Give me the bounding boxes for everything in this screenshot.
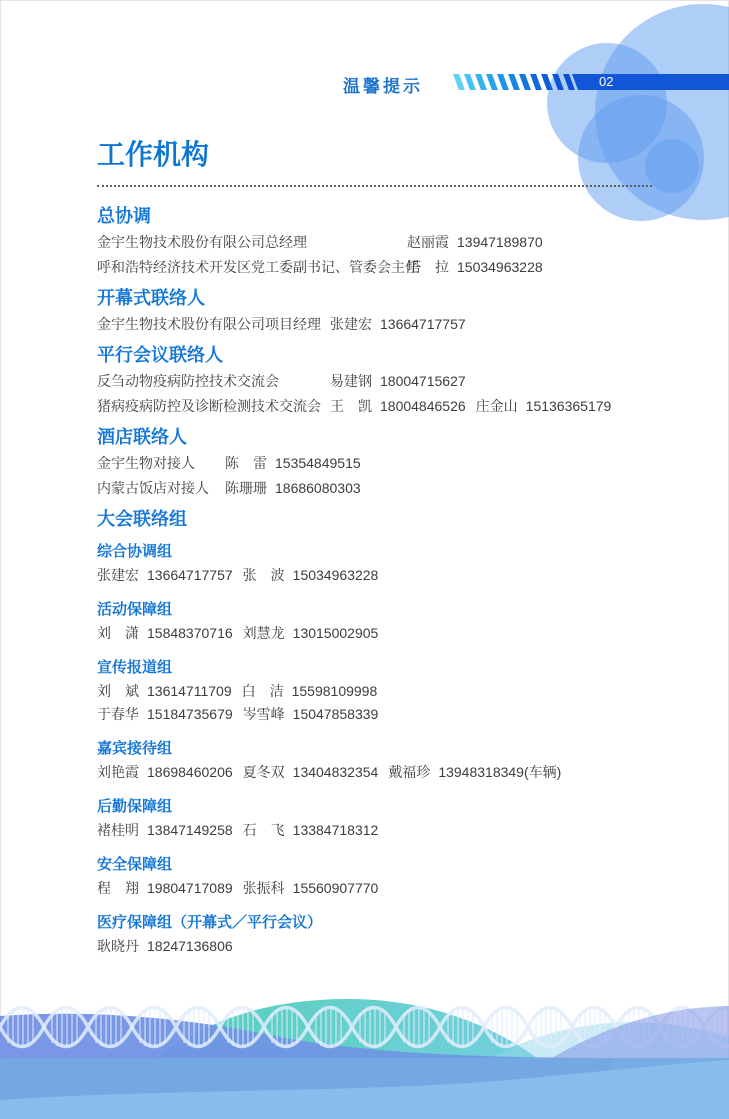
contact-phone: 13948318349(车辆) (438, 764, 561, 780)
contact-row: 刘 斌13614711709白 洁15598109998 (97, 683, 719, 699)
contact-phone: 18247136806 (147, 938, 233, 954)
wave-layers (0, 999, 729, 1119)
contact-row: 内蒙古饭店对接人陈珊珊18686080303 (97, 480, 719, 496)
contact-phone: 15560907770 (293, 880, 379, 896)
slash-stripes-decoration (456, 74, 572, 90)
contact-phone: 13384718312 (293, 822, 379, 838)
contact-phone: 18698460206 (147, 764, 233, 780)
contact-name: 岑雪峰 (243, 706, 285, 722)
section-heading: 大会联络组 (97, 510, 719, 528)
contact-name: 王 凯 (330, 398, 372, 414)
contact-row: 猪病疫病防控及诊断检测技术交流会王 凯18004846526庄金山1513636… (97, 398, 719, 414)
contact-name: 于春华 (97, 706, 139, 722)
contact-phone: 13847149258 (147, 822, 233, 838)
contact-name: 庄金山 (476, 398, 518, 414)
contact-name: 刘 斌 (97, 683, 139, 699)
contact-name: 塔 拉 (407, 259, 449, 275)
contact-row: 程 翔19804717089张振科15560907770 (97, 880, 719, 896)
contact-phone: 13664717757 (147, 567, 233, 583)
contact-name: 张建宏 (97, 567, 139, 583)
contact-name: 张 波 (243, 567, 285, 583)
dotted-divider (97, 185, 652, 187)
section-heading: 开幕式联络人 (97, 289, 719, 307)
contact-name: 陈 雷 (225, 455, 267, 471)
contact-phone: 15136365179 (526, 398, 612, 414)
contact-role: 反刍动物疫病防控技术交流会 (97, 373, 330, 389)
contact-phone: 15047858339 (293, 706, 379, 722)
contact-row: 反刍动物疫病防控技术交流会易建钢18004715627 (97, 373, 719, 389)
contact-phone: 15354849515 (275, 455, 361, 471)
document-page: 温馨提示 02 工作机构 总协调 金宇生物技术股份有限公司总经理赵丽霞13947… (0, 0, 729, 1119)
section-heading: 平行会议联络人 (97, 346, 719, 364)
contact-phone: 18004715627 (380, 373, 466, 389)
subgroup-heading: 安全保障组 (97, 857, 719, 873)
contact-name: 张建宏 (330, 316, 372, 332)
subgroup-heading: 医疗保障组（开幕式／平行会议） (97, 915, 719, 931)
contact-row: 张建宏13664717757张 波15034963228 (97, 567, 719, 583)
contact-phone: 13614711709 (147, 683, 232, 699)
contact-role: 金宇生物对接人 (97, 455, 225, 471)
contact-phone: 15034963228 (293, 567, 379, 583)
section-heading: 酒店联络人 (97, 428, 719, 446)
contact-name: 刘慧龙 (243, 625, 285, 641)
contact-role: 内蒙古饭店对接人 (97, 480, 225, 496)
subgroup-heading: 活动保障组 (97, 602, 719, 618)
footer-wave-decoration (0, 979, 729, 1119)
contact-name: 刘 潇 (97, 625, 139, 641)
header-label: 温馨提示 (343, 72, 423, 97)
content: 总协调 金宇生物技术股份有限公司总经理赵丽霞13947189870 呼和浩特经济… (97, 207, 719, 954)
circle-decoration (645, 139, 699, 193)
contact-phone: 18686080303 (275, 480, 361, 496)
contact-name: 夏冬双 (243, 764, 285, 780)
contact-name: 白 洁 (242, 683, 284, 699)
contact-phone: 19804717089 (147, 880, 233, 896)
contact-phone: 15848370716 (147, 625, 233, 641)
contact-row: 褚桂明13847149258石 飞13384718312 (97, 822, 719, 838)
contact-phone: 13947189870 (457, 234, 543, 250)
page-title: 工作机构 (97, 140, 209, 170)
contact-name: 刘艳霞 (97, 764, 139, 780)
contact-role: 金宇生物技术股份有限公司总经理 (97, 234, 407, 250)
contact-row: 金宇生物技术股份有限公司项目经理张建宏13664717757 (97, 316, 719, 332)
contact-phone: 15184735679 (147, 706, 233, 722)
subgroup-heading: 综合协调组 (97, 544, 719, 560)
contact-name: 戴福珍 (388, 764, 430, 780)
contact-role: 呼和浩特经济技术开发区党工委副书记、管委会主任 (97, 259, 407, 275)
contact-phone: 13404832354 (293, 764, 379, 780)
contact-phone: 13664717757 (380, 316, 466, 332)
subgroup-heading: 后勤保障组 (97, 799, 719, 815)
contact-name: 易建钢 (330, 373, 372, 389)
contact-row: 刘艳霞18698460206夏冬双13404832354戴福珍139483183… (97, 764, 719, 780)
contact-phone: 18004846526 (380, 398, 466, 414)
subgroup-heading: 宣传报道组 (97, 660, 719, 676)
contact-row: 耿晓丹18247136806 (97, 938, 719, 954)
contact-role: 金宇生物技术股份有限公司项目经理 (97, 316, 330, 332)
section-heading: 总协调 (97, 207, 719, 225)
contact-row: 金宇生物技术股份有限公司总经理赵丽霞13947189870 (97, 234, 719, 250)
contact-phone: 15034963228 (457, 259, 543, 275)
contact-phone: 15598109998 (292, 683, 378, 699)
contact-row: 呼和浩特经济技术开发区党工委副书记、管委会主任塔 拉15034963228 (97, 259, 719, 275)
contact-phone: 13015002905 (293, 625, 379, 641)
contact-name: 褚桂明 (97, 822, 139, 838)
page-number: 02 (599, 74, 613, 89)
contact-name: 耿晓丹 (97, 938, 139, 954)
contact-role: 猪病疫病防控及诊断检测技术交流会 (97, 398, 330, 414)
contact-row: 金宇生物对接人陈 雷15354849515 (97, 455, 719, 471)
contact-name: 程 翔 (97, 880, 139, 896)
contact-name: 张振科 (243, 880, 285, 896)
contact-name: 赵丽霞 (407, 234, 449, 250)
contact-name: 石 飞 (243, 822, 285, 838)
contact-row: 于春华15184735679岑雪峰15047858339 (97, 706, 719, 722)
subgroup-heading: 嘉宾接待组 (97, 741, 719, 757)
contact-row: 刘 潇15848370716刘慧龙13015002905 (97, 625, 719, 641)
page-number-bar: 02 (572, 74, 729, 90)
contact-name: 陈珊珊 (225, 480, 267, 496)
